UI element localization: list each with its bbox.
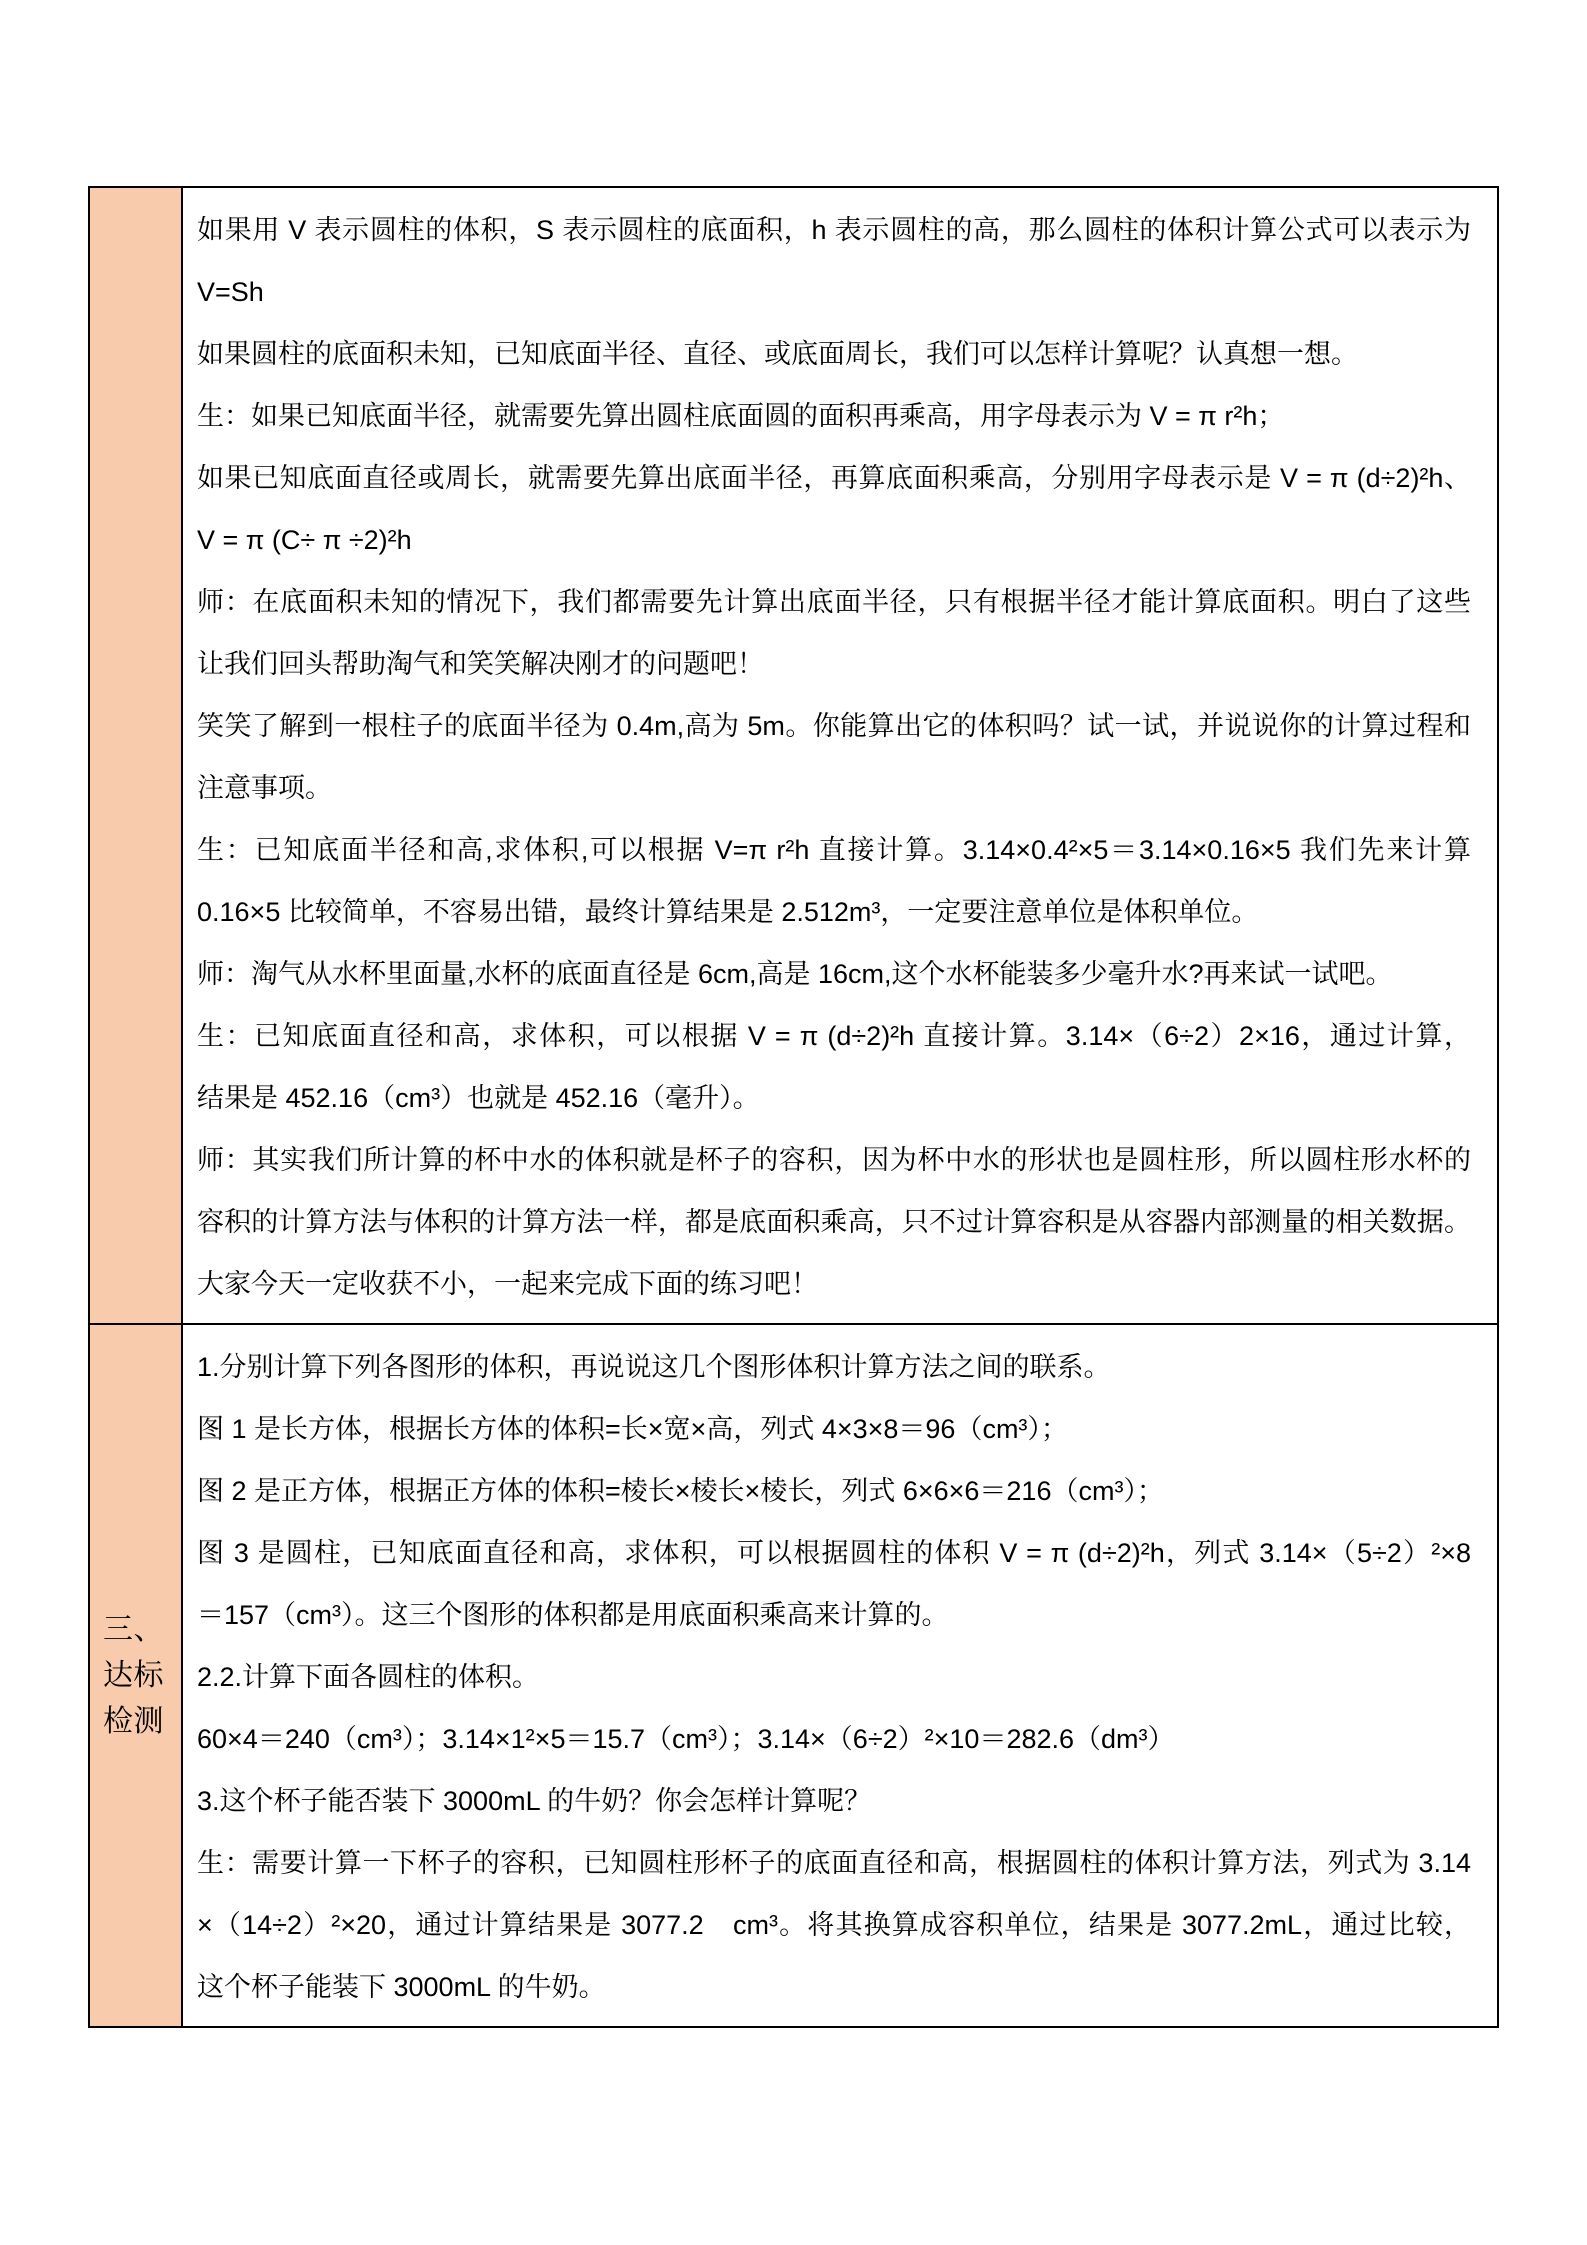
- text-line: 让我们回头帮助淘气和笑笑解决刚才的问题吧！: [197, 633, 1471, 695]
- formula-line: V = π (C÷ π ÷2)²h: [197, 509, 1471, 571]
- text-line: 如果圆柱的底面积未知，已知底面半径、直径、或底面周长，我们可以怎样计算呢？认真想…: [197, 323, 1471, 385]
- text-line: 容积的计算方法与体积的计算方法一样，都是底面积乘高，只不过计算容积是从容器内部测…: [197, 1191, 1471, 1253]
- text-line: 这个杯子能装下 3000mL 的牛奶。: [197, 1956, 1471, 2018]
- text-line: 0.16×5 比较简单，不容易出错，最终计算结果是 2.512m³，一定要注意单…: [197, 881, 1471, 943]
- stage-label-cell-empty: [90, 188, 183, 1323]
- text-line: 图 1 是长方体，根据长方体的体积=长×宽×高，列式 4×3×8＝96（cm³）…: [197, 1398, 1471, 1460]
- practice-content-cell: 1.分别计算下列各图形的体积，再说说这几个图形体积计算方法之间的联系。 图 1 …: [183, 1325, 1497, 2026]
- text-line: 笑笑了解到一根柱子的底面半径为 0.4m,高为 5m。你能算出它的体积吗？试一试…: [197, 695, 1471, 757]
- exercise-line: 3.这个杯子能否装下 3000mL 的牛奶？你会怎样计算呢？: [197, 1770, 1471, 1832]
- student-line: 生：如果已知底面半径，就需要先算出圆柱底面圆的面积再乘高，用字母表示为 V = …: [197, 385, 1471, 447]
- text-line: 图 2 是正方体，根据正方体的体积=棱长×棱长×棱长，列式 6×6×6＝216（…: [197, 1460, 1471, 1522]
- section-label-line: 检测: [103, 1699, 181, 1745]
- text-line: 图 3 是圆柱，已知底面直径和高，求体积，可以根据圆柱的体积 V = π (d÷…: [197, 1522, 1471, 1584]
- exercise-line: 1.分别计算下列各图形的体积，再说说这几个图形体积计算方法之间的联系。: [197, 1336, 1471, 1398]
- section-label-line: 三、: [103, 1607, 181, 1653]
- dialogue-content-cell: 如果用 V 表示圆柱的体积，S 表示圆柱的底面积，h 表示圆柱的高，那么圆柱的体…: [183, 188, 1497, 1323]
- text-line: 结果是 452.16（cm³）也就是 452.16（毫升）。: [197, 1067, 1471, 1129]
- exercise-line: 2.2.计算下面各圆柱的体积。: [197, 1646, 1471, 1708]
- section-label-line: 达标: [103, 1653, 181, 1699]
- text-line: ×（14÷2）²×20，通过计算结果是 3077.2 cm³。将其换算成容积单位…: [197, 1894, 1471, 1956]
- teacher-line: 师：其实我们所计算的杯中水的体积就是杯子的容积，因为杯中水的形状也是圆柱形，所以…: [197, 1129, 1471, 1191]
- text-line: ＝157（cm³）。这三个图形的体积都是用底面积乘高来计算的。: [197, 1584, 1471, 1646]
- stage-label-cell: 三、 达标 检测: [90, 1325, 183, 2026]
- text-line: 如果用 V 表示圆柱的体积，S 表示圆柱的底面积，h 表示圆柱的高，那么圆柱的体…: [197, 199, 1471, 261]
- text-line: 注意事项。: [197, 757, 1471, 819]
- student-line: 生：已知底面半径和高,求体积,可以根据 V=π r²h 直接计算。3.14×0.…: [197, 819, 1471, 881]
- student-line: 生：需要计算一下杯子的容积，已知圆柱形杯子的底面直径和高，根据圆柱的体积计算方法…: [197, 1832, 1471, 1894]
- table-row: 三、 达标 检测 1.分别计算下列各图形的体积，再说说这几个图形体积计算方法之间…: [90, 1323, 1497, 2026]
- formula-line: 60×4＝240（cm³）；3.14×1²×5＝15.7（cm³）；3.14×（…: [197, 1708, 1471, 1770]
- table-row: 如果用 V 表示圆柱的体积，S 表示圆柱的底面积，h 表示圆柱的高，那么圆柱的体…: [90, 188, 1497, 1323]
- teacher-line: 师：在底面积未知的情况下，我们都需要先计算出底面半径，只有根据半径才能计算底面积…: [197, 571, 1471, 633]
- lesson-plan-table: 如果用 V 表示圆柱的体积，S 表示圆柱的底面积，h 表示圆柱的高，那么圆柱的体…: [88, 186, 1499, 2028]
- text-line: 大家今天一定收获不小，一起来完成下面的练习吧！: [197, 1253, 1471, 1315]
- formula-line: V=Sh: [197, 261, 1471, 323]
- text-line: 如果已知底面直径或周长，就需要先算出底面半径，再算底面积乘高，分别用字母表示是 …: [197, 447, 1471, 509]
- student-line: 生：已知底面直径和高，求体积，可以根据 V = π (d÷2)²h 直接计算。3…: [197, 1005, 1471, 1067]
- teacher-line: 师：淘气从水杯里面量,水杯的底面直径是 6cm,高是 16cm,这个水杯能装多少…: [197, 943, 1471, 1005]
